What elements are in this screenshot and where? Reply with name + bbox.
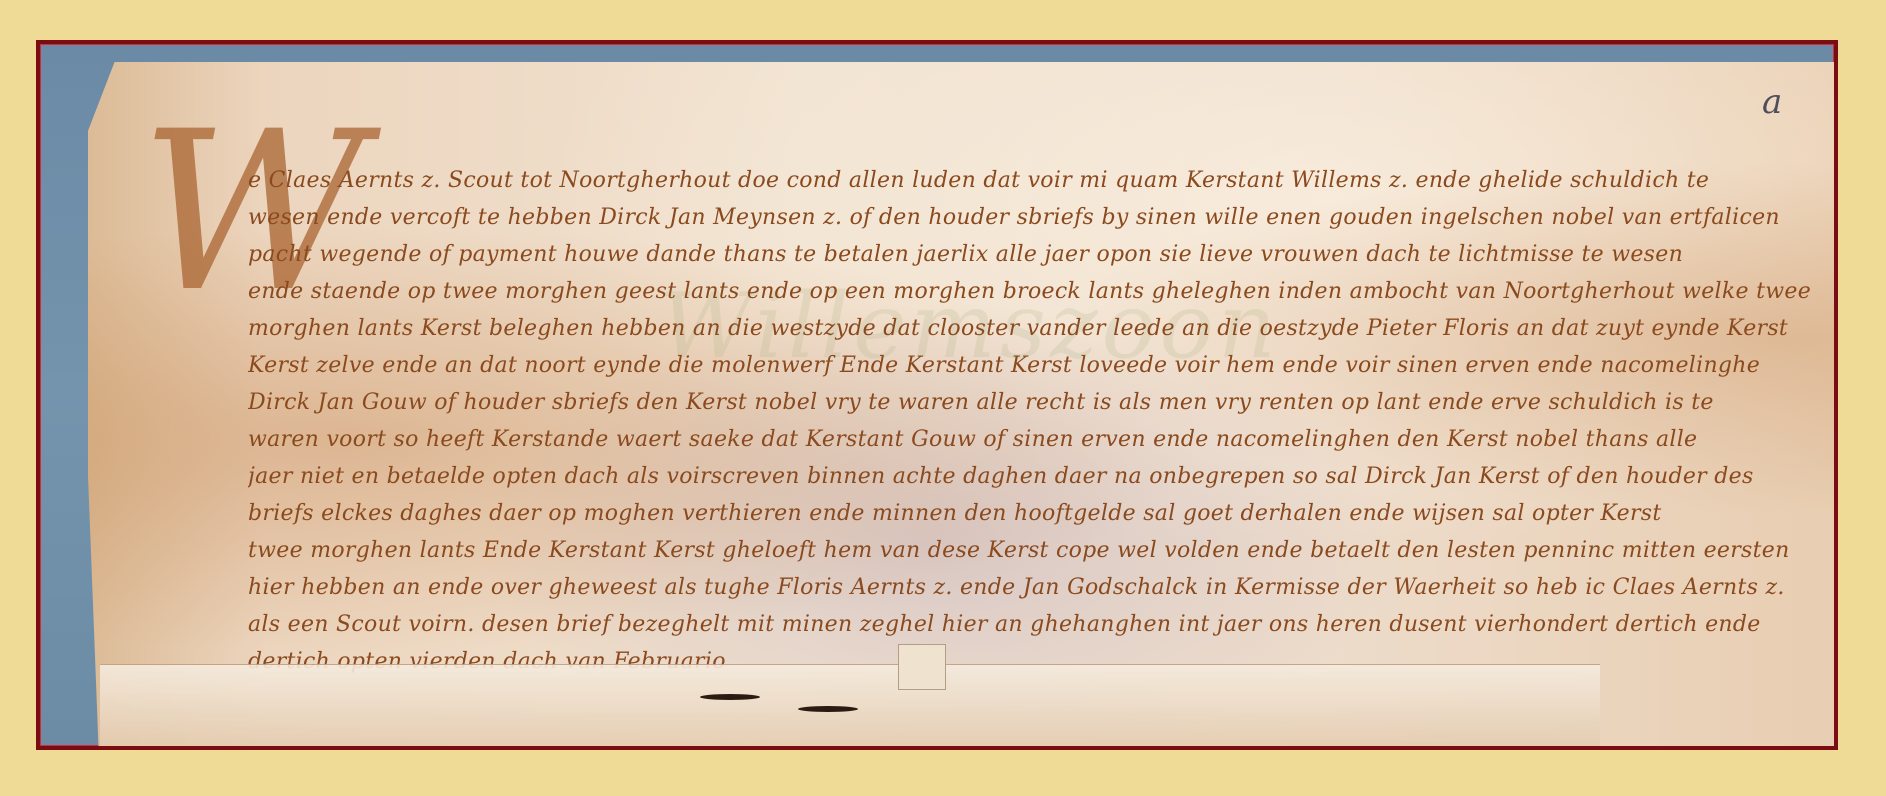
text-line: morghen lants Kerst beleghen hebben an d… [248,310,1838,347]
text-line: ende staende op twee morghen geest lants… [248,273,1838,310]
seal-tag [898,644,946,690]
text-line: jaer niet en betaelde opten dach als voi… [248,458,1838,495]
text-line: twee morghen lants Ende Kerstant Kerst g… [248,532,1838,569]
text-line: waren voort so heeft Kerstande waert sae… [248,421,1838,458]
text-line: als een Scout voirn. desen brief bezeghe… [248,606,1838,643]
text-line: wesen ende vercoft te hebben Dirck Jan M… [248,199,1838,236]
document-frame: Willemszoon W a e Claes Aernts z. Scout … [36,40,1838,750]
text-line: Kerst zelve ende an dat noort eynde die … [248,347,1838,384]
document-caption: Kerstant Willemszoon 4-2-1438 [164,748,422,750]
seal-slot [700,694,760,700]
text-line: e Claes Aernts z. Scout tot Noortgherhou… [248,162,1838,199]
text-line: briefs elckes daghes daer op moghen vert… [248,495,1838,532]
seal-slot [798,706,858,712]
manuscript-text: e Claes Aernts z. Scout tot Noortgherhou… [248,162,1838,680]
text-line: Dirck Jan Gouw of houder sbriefs den Ker… [248,384,1838,421]
archive-mark: a [1762,82,1782,122]
text-line: pacht wegende of payment houwe dande tha… [248,236,1838,273]
text-line: hier hebben an ende over gheweest als tu… [248,569,1838,606]
